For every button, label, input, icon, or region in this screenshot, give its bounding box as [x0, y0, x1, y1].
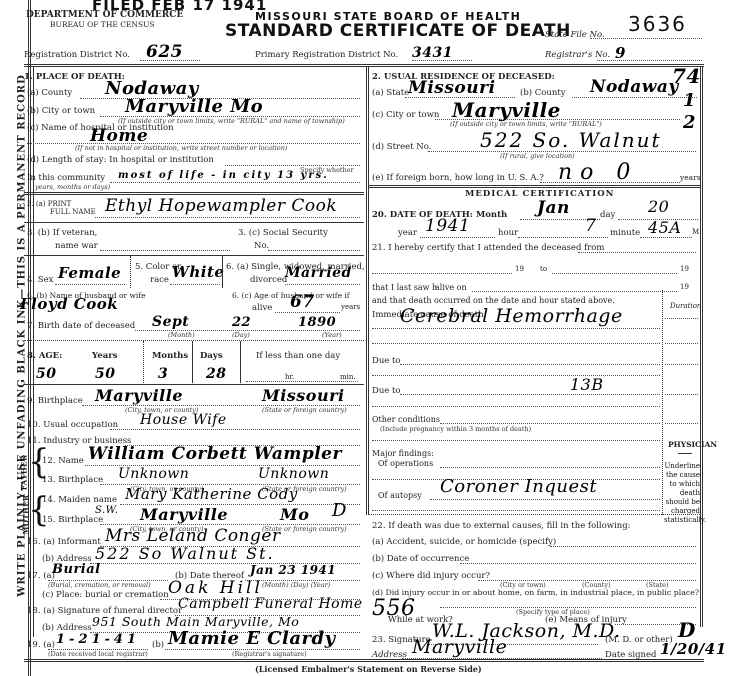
other-conditions-note: (Include pregnancy within 3 months of de…	[380, 425, 531, 433]
birth-year-note: (Year)	[322, 331, 342, 339]
father-birthplace-label: 13. Birthplace	[42, 475, 103, 485]
immediate-cause-value: Cerebral Hemorrhage	[400, 305, 623, 327]
embalmer-note: (Licensed Embalmer's Statement on Revers…	[255, 664, 482, 674]
autopsy-label: Of autopsy	[378, 491, 422, 500]
last-saw-label: that I last saw h	[372, 283, 437, 292]
father-birthplace-city: Unknown	[118, 466, 189, 482]
residence-margin-code-3: 2	[683, 112, 696, 133]
age-years-header: Years	[92, 351, 118, 361]
deceased-full-name: Ethyl Hopewampler Cook	[105, 196, 337, 216]
birth-year-value: 1890	[298, 315, 336, 330]
external-a-label: (a) Accident, suicide, or homicide (spec…	[372, 537, 556, 547]
death-year-label: year	[398, 228, 417, 238]
disposition-note: (Burial, cremation, or removal)	[48, 581, 151, 589]
race-label: race	[150, 275, 169, 285]
years-label: years	[680, 173, 701, 182]
residence-county-label: (b) County	[520, 88, 566, 98]
residence-city-note: (If outside city or town limits, write "…	[450, 120, 602, 128]
meridiem-label: M.	[692, 228, 701, 236]
registrar-no-value: 9	[615, 44, 626, 62]
alive-on-label: alive on	[435, 283, 467, 292]
physician-address-value: Maryville	[412, 636, 507, 658]
father-name-label: 12. Name	[42, 456, 84, 466]
physician-heading: PHYSICIAN	[668, 440, 717, 449]
date-signed-value: 1/20/41	[660, 640, 727, 658]
community-value: most of life - in city 13 yrs.	[118, 170, 329, 181]
other-conditions-label: Other conditions	[372, 415, 440, 424]
death-hour-label: hour	[498, 228, 518, 238]
age-label: 8. AGE:	[27, 351, 62, 361]
major-findings-label: Major findings:	[372, 449, 434, 458]
name-label-num: 3. (a) PRINT	[27, 200, 71, 208]
father-name-value: William Corbett Wampler	[88, 444, 342, 464]
birth-month-note: (Month)	[168, 331, 195, 339]
community-note: years, months or days)	[35, 183, 110, 191]
institution-note: (If not in hospital or institution, writ…	[75, 144, 287, 152]
county-label: (a) County	[27, 88, 72, 98]
parents-code: D	[332, 500, 347, 521]
birthplace-state-note: (State or foreign country)	[262, 406, 347, 414]
mother-maiden-name-value: Mary Katherine Cody	[125, 485, 298, 503]
registrar-sig-label: (b)	[152, 640, 164, 650]
death-hour-value: 7	[585, 216, 596, 236]
last-saw-19-label: 19	[680, 283, 689, 291]
disposition-value: Burial	[52, 562, 101, 577]
burial-place-label: (c) Place: burial or cremation	[42, 590, 169, 600]
spouse-age-unit: years	[341, 303, 360, 311]
due-to-1-label: Due to	[372, 356, 401, 366]
age-years-value: 50	[95, 366, 115, 382]
birth-month-value: Sept	[152, 314, 189, 330]
min-label: min.	[340, 373, 356, 381]
race-value: White	[172, 263, 224, 281]
spouse-age-value: 67	[290, 292, 315, 312]
informant-address-value: 522 So Walnut St.	[95, 544, 275, 563]
registrar-sig-note: (Registrar's signature)	[232, 650, 307, 658]
primary-district-label: Primary Registration District No.	[255, 50, 398, 60]
margin-instruction-text: WRITE PLAINLY—USE UNFADING BLACK INK—THI…	[17, 26, 28, 646]
state-file-number: 3636	[628, 12, 687, 36]
death-minute-value: 45A	[648, 218, 681, 237]
mother-birthplace-state: Mo	[280, 505, 309, 524]
institution-value: Home	[90, 126, 148, 146]
occupation-label: 10. Usual occupation	[27, 420, 118, 430]
street-note: (If rural, give location)	[500, 152, 575, 160]
foreign-born-value: no 0	[558, 160, 638, 185]
name-label: FULL NAME	[50, 208, 96, 216]
birthplace-city-value: Maryville	[95, 386, 183, 405]
external-d-label: (d) Did injury occur in or about home, o…	[372, 588, 699, 597]
marital-status-value: Married	[285, 265, 352, 281]
death-day-value: 20	[648, 197, 669, 216]
registrar-signature: Mamie E Clardy	[168, 628, 336, 649]
attended-19-end-label: 19	[680, 265, 689, 273]
date-signed-label: Date signed	[605, 650, 657, 660]
primary-district-value: 3431	[412, 45, 453, 61]
death-year-value: 1941	[425, 216, 470, 236]
informant-label: 16. (a) Informant	[27, 537, 101, 547]
informant-value: Mrs Leland Conger	[105, 526, 281, 546]
birthplace-label: 9. Birthplace	[27, 396, 83, 406]
due-to-2-label: Due to	[372, 386, 401, 396]
registrar-no-label: Registrar's No.	[545, 50, 610, 60]
signature-margin-code: D	[678, 618, 696, 642]
physician-note: Underline the cause to which death shoul…	[664, 462, 700, 525]
sex-value: Female	[58, 264, 121, 282]
age-code: 50	[36, 366, 56, 382]
external-b-label: (b) Date of occurrence	[372, 554, 469, 564]
residence-city-value: Maryville	[452, 98, 561, 122]
death-minute-label: minute	[610, 228, 640, 238]
funeral-director-value: Campbell Funeral Home	[178, 596, 363, 612]
alive-label: alive	[252, 303, 272, 313]
street-label: (d) Street No.	[372, 142, 431, 152]
registration-district-value: 625	[146, 42, 183, 62]
occupation-value: House Wife	[140, 412, 227, 428]
external-c-label: (c) Where did injury occur?	[372, 571, 490, 581]
residence-city-label: (c) City or town	[372, 110, 439, 120]
external-causes-heading: 22. If death was due to external causes,…	[372, 521, 631, 531]
bureau-label: BUREAU OF THE CENSUS	[50, 20, 155, 29]
received-date-value: 1-21-41	[56, 632, 140, 647]
ssn-label: 3. (c) Social Security	[238, 228, 328, 238]
department-label: DEPARTMENT OF COMMERCE	[26, 10, 183, 20]
duration-label: Duration	[670, 302, 701, 310]
autopsy-value: Coroner Inquest	[440, 476, 597, 497]
burial-date-note: (Month) (Day) (Year)	[262, 581, 330, 589]
birthplace-state-value: Missouri	[262, 386, 345, 405]
age-months-value: 3	[158, 366, 168, 382]
hr-label: hr.	[285, 373, 294, 381]
birth-date-label: 7. Birth date of deceased	[27, 321, 135, 331]
mother-birthplace-city: Maryville	[140, 505, 228, 524]
received-note: (Date received local registrar)	[48, 650, 148, 658]
occurred-statement: and that death occurred on the date and …	[372, 296, 615, 305]
birth-day-note: (Day)	[232, 331, 250, 339]
mother-birthplace-label: 15. Birthplace	[42, 515, 103, 525]
birth-day-value: 22	[232, 315, 251, 330]
foreign-born-label: (e) If foreign born, how long in U. S. A…	[372, 173, 544, 183]
ssn-no-label: No.	[254, 241, 269, 251]
age-days-header: Days	[200, 351, 223, 361]
registration-district-label: Registration District No.	[24, 50, 130, 60]
city-label: (b) City or town	[27, 106, 95, 116]
residence-county-value: Nodaway	[590, 77, 679, 97]
father-birthplace-state: Unknown	[258, 466, 329, 482]
war-label: name war	[55, 241, 98, 251]
death-month-value: Jan	[537, 198, 570, 218]
attended-to-label: to	[540, 265, 547, 273]
father-side-label: FATHER	[19, 455, 28, 491]
age-months-header: Months	[152, 351, 188, 361]
certificate-title: STANDARD CERTIFICATE OF DEATH	[225, 21, 571, 41]
attended-19-label: 19	[515, 265, 524, 273]
residence-margin-code-1: 74	[672, 64, 701, 88]
divorced-label: divorced	[250, 275, 287, 285]
residence-margin-code-2: 1	[683, 90, 696, 111]
certify-label: 21. I hereby certify that I attended the…	[372, 243, 605, 253]
sex-label: 4. Sex	[27, 275, 53, 285]
mother-maiden-name-label: 14. Maiden name	[42, 495, 117, 505]
spouse-name-value: Floyd Cook	[20, 295, 118, 313]
death-city-value: Maryville Mo	[125, 96, 263, 117]
residence-state-label: (a) State	[372, 88, 409, 98]
length-of-stay-label: (d) Length of stay: In hospital or insti…	[27, 155, 214, 165]
operations-label: Of operations	[378, 459, 433, 468]
death-day-label: day	[600, 210, 615, 220]
residence-state-value: Missouri	[408, 78, 496, 98]
burial-date-value: Jan 23 1941	[250, 563, 336, 577]
funeral-address-value: 951 South Main Maryville, Mo	[92, 614, 299, 629]
veteran-label: 3. (b) If veteran,	[27, 228, 97, 238]
street-value: 522 So. Walnut	[480, 128, 662, 152]
burial-place-value: Oak Hill	[168, 578, 263, 598]
less-than-day-header: If less than one day	[256, 351, 340, 361]
community-label: In this community	[27, 173, 105, 183]
cause-code-mark: 13B	[570, 375, 604, 394]
age-days-value: 28	[206, 366, 226, 382]
